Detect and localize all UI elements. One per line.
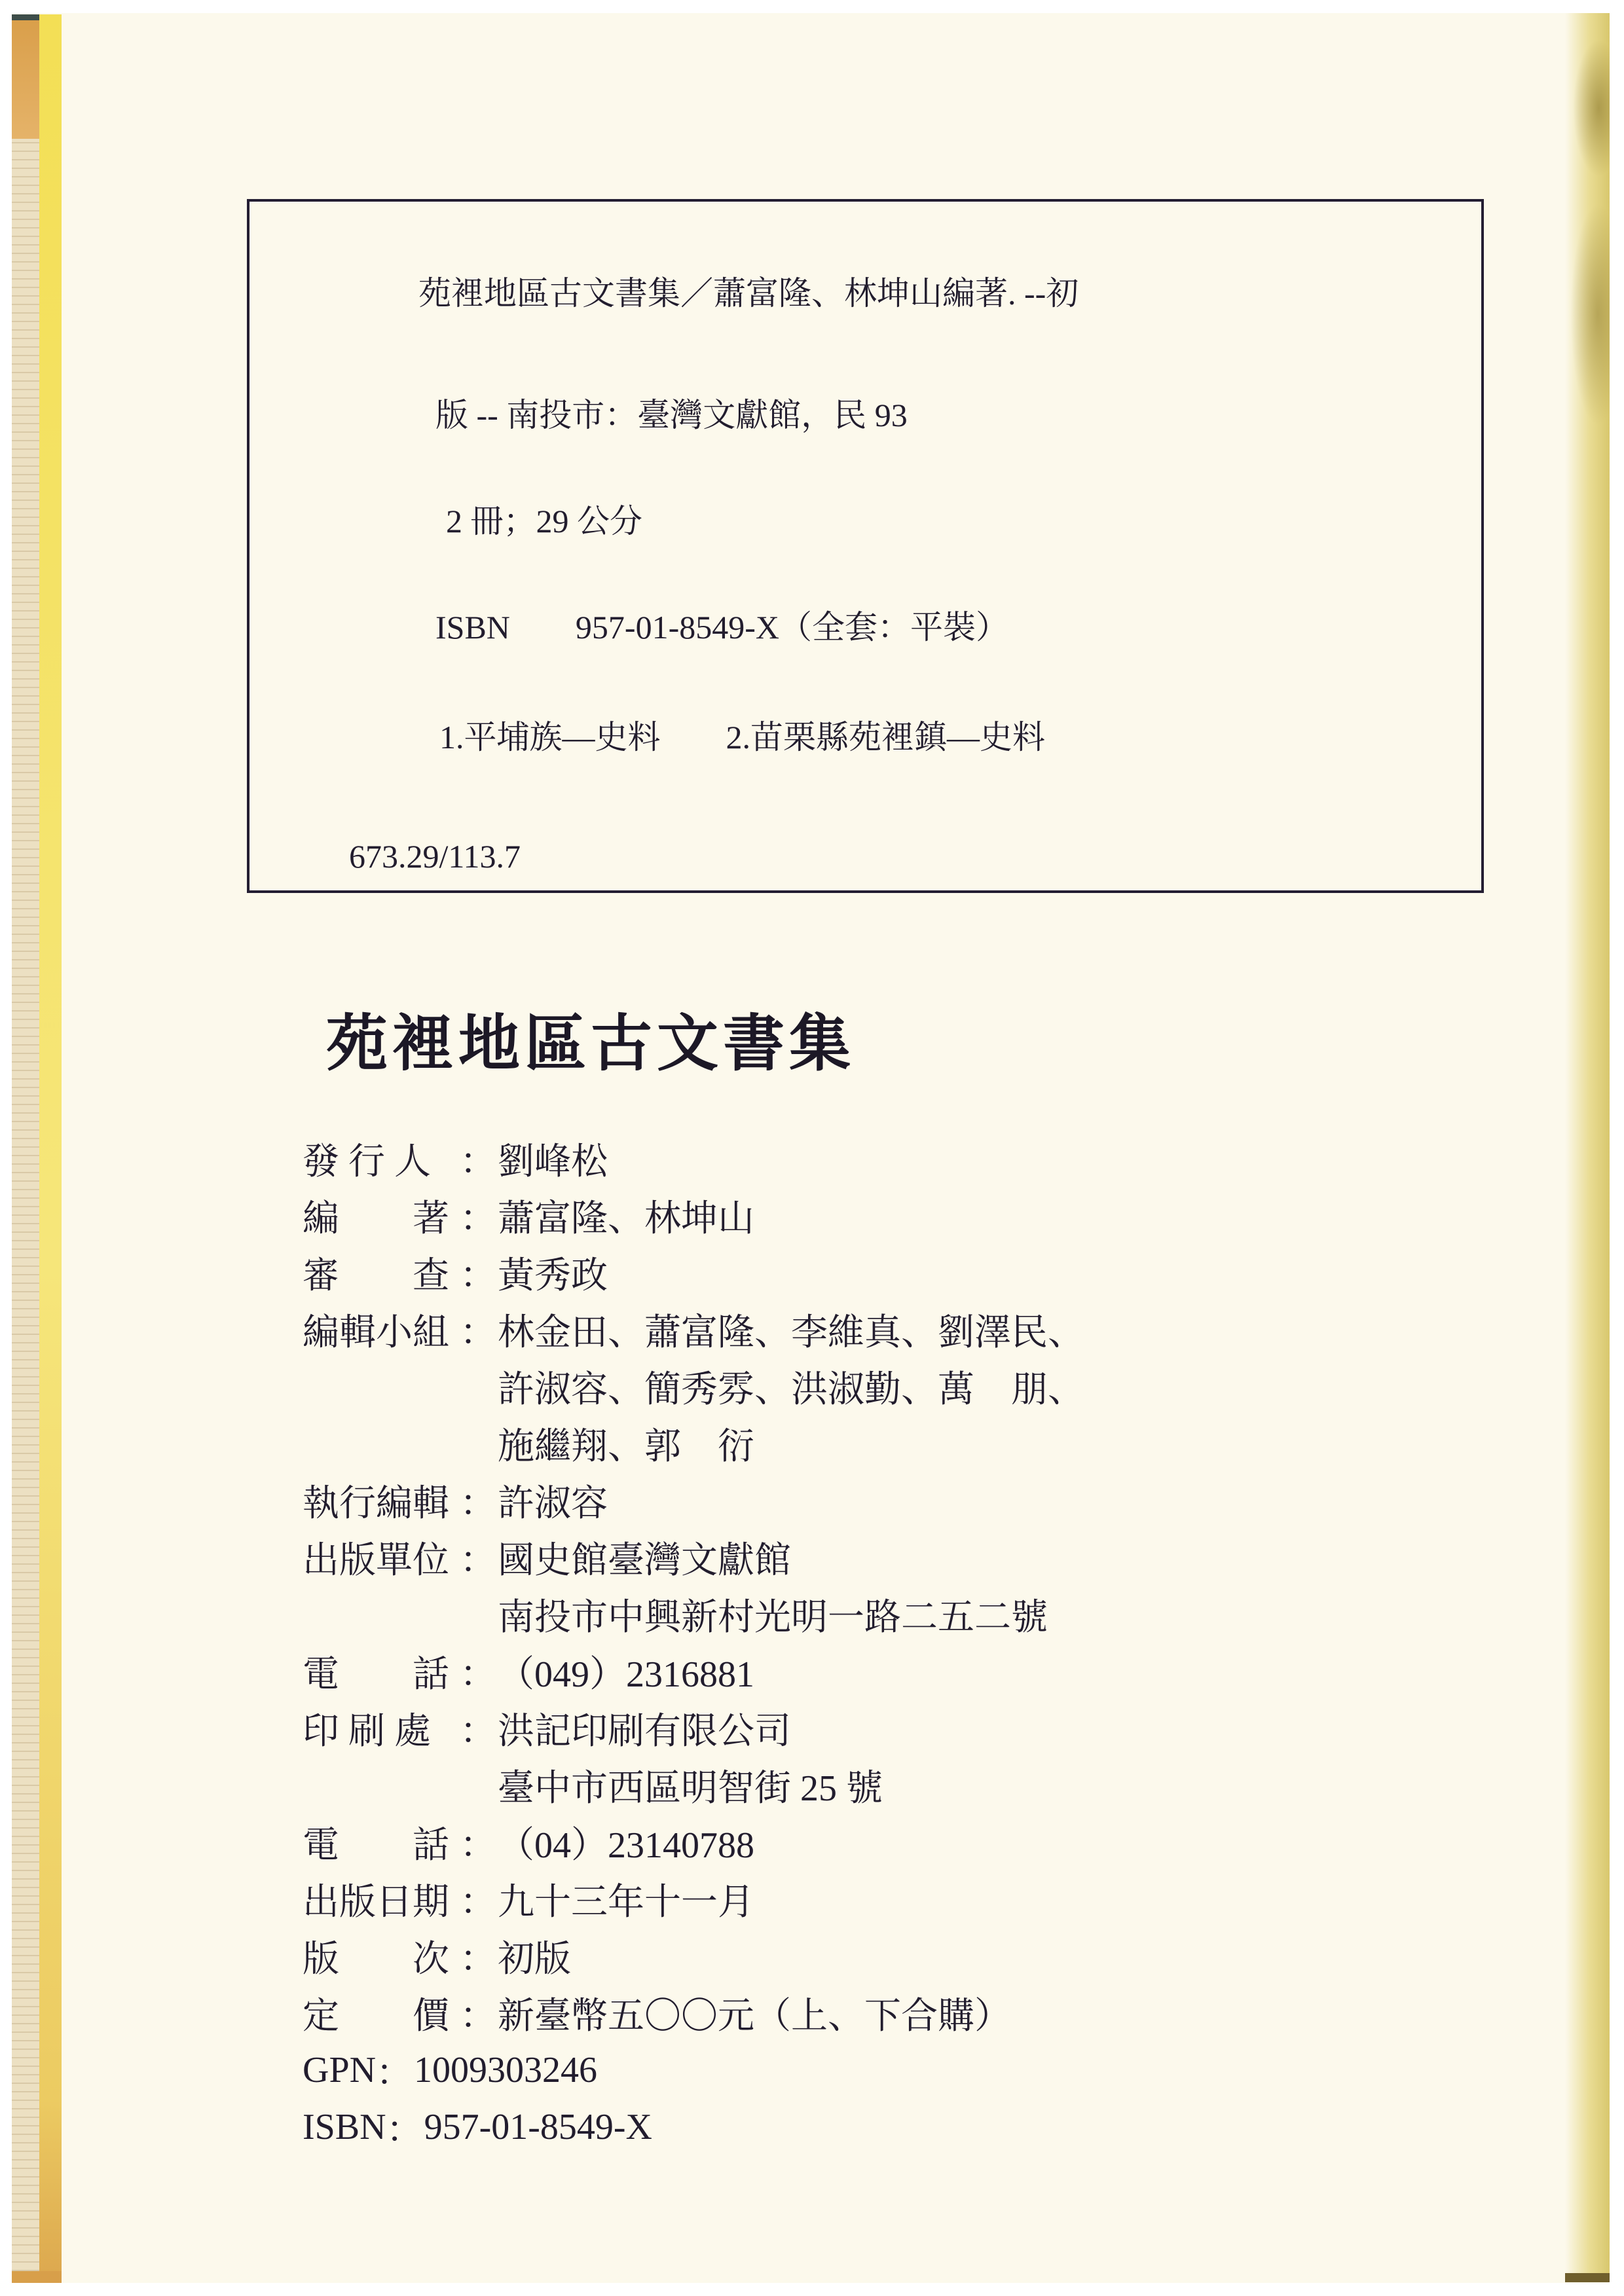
book-cover-edge-cap <box>12 14 39 20</box>
row-value: 臺中市西區明智街 25 號 <box>498 1759 883 1812</box>
book-title: 苑裡地區古文書集 <box>326 994 855 1082</box>
row-value: 國史館臺灣文獻館 <box>498 1531 791 1584</box>
row-value: 南投市中興新村光明一路二五二號 <box>498 1588 1048 1641</box>
row-value: 初版 <box>498 1930 571 1982</box>
colophon-row-publishing-unit: 出版單位：國史館臺灣文獻館 <box>303 1529 1084 1586</box>
colophon-row-editorial-team-cont: 許淑容、簡秀雰、洪淑勤、萬 朋、 <box>303 1358 1084 1415</box>
colophon-row-editorial-team-cont: 施繼翔、郭 衍 <box>303 1415 1084 1472</box>
gutter-shadow-blotch <box>1573 39 1610 177</box>
colophon-row-isbn: ISBN：957-01-8549-X <box>303 2098 1084 2155</box>
row-label: 版 次 <box>303 1930 460 1982</box>
colophon-row-authors: 編 著：蕭富隆、林坤山 <box>303 1187 1084 1244</box>
row-value: 施繼翔、郭 衍 <box>498 1417 754 1470</box>
colophon-row-publication-date: 出版日期：九十三年十一月 <box>303 1870 1084 1927</box>
row-label: 編輯小組 <box>303 1303 460 1356</box>
colophon-row-price: 定 價：新臺幣五〇〇元（上、下合購） <box>303 1984 1084 2041</box>
row-label: 電 話 <box>303 1645 460 1698</box>
row-label: 審 查 <box>303 1247 460 1299</box>
colophon-row-publisher-phone: 電 話：（049）2316881 <box>303 1643 1084 1700</box>
cip-classification-number: 673.29/113.7 <box>349 838 521 876</box>
cip-subject-headings: 1.平埔族—史料 2.苗栗縣苑裡鎮—史料 <box>439 719 1045 757</box>
row-label: 編 著 <box>303 1190 460 1242</box>
row-label: 出版日期 <box>303 1873 460 1925</box>
row-value: （049）2316881 <box>498 1645 754 1698</box>
row-value: 洪記印刷有限公司 <box>498 1702 791 1755</box>
row-separator: ： <box>376 2044 414 2096</box>
book-fore-edge-top-shade <box>12 14 39 139</box>
gutter-bottom-edge <box>1565 2273 1610 2282</box>
row-value: 957-01-8549-X <box>424 2106 652 2148</box>
row-value: 劉峰松 <box>498 1133 608 1185</box>
colophon-row-publisher-person: 發 行 人：劉峰松 <box>303 1130 1084 1187</box>
row-separator: ： <box>460 1702 498 1755</box>
cip-title-statement: 苑裡地區古文書集／蕭富隆、林坤山編著. --初 <box>418 275 1079 313</box>
colophon-row-edition: 版 次：初版 <box>303 1927 1084 1984</box>
colophon-row-printer: 印 刷 處：洪記印刷有限公司 <box>303 1700 1084 1757</box>
row-separator: ： <box>460 1930 498 1982</box>
row-value: 1009303246 <box>414 2049 597 2091</box>
colophon-list: 發 行 人：劉峰松 編 著：蕭富隆、林坤山 審 查：黃秀政 編輯小組：林金田、蕭… <box>303 1130 1084 2155</box>
row-separator: ： <box>460 1873 498 1925</box>
cip-imprint: 版 -- 南投市：臺灣文獻館，民 93 <box>435 397 908 435</box>
colophon-row-publisher-address: 南投市中興新村光明一路二五二號 <box>303 1586 1084 1643</box>
row-label: 印 刷 處 <box>303 1702 460 1755</box>
row-value: 黃秀政 <box>498 1247 608 1299</box>
book-fore-edge-pages <box>12 14 39 2282</box>
row-separator: ： <box>460 1133 498 1185</box>
colophon-row-editorial-team: 編輯小組：林金田、蕭富隆、李維真、劉澤民、 <box>303 1301 1084 1358</box>
row-value: 九十三年十一月 <box>498 1873 754 1925</box>
row-separator: ： <box>460 1816 498 1868</box>
row-value: 許淑容、簡秀雰、洪淑勤、萬 朋、 <box>498 1360 1084 1413</box>
colophon-row-executive-editor: 執行編輯：許淑容 <box>303 1472 1084 1529</box>
row-label: GPN <box>303 2049 376 2091</box>
row-label: 執行編輯 <box>303 1474 460 1527</box>
row-separator: ： <box>460 1190 498 1242</box>
row-value: 蕭富隆、林坤山 <box>498 1190 754 1242</box>
colophon-row-reviewer: 審 查：黃秀政 <box>303 1244 1084 1301</box>
scanned-colophon-page: { "page": { "colors": { "paper": "#fcf9e… <box>0 0 1624 2296</box>
row-label: 定 價 <box>303 1987 460 2039</box>
colophon-row-printer-address: 臺中市西區明智街 25 號 <box>303 1757 1084 1813</box>
row-separator: ： <box>460 1987 498 2039</box>
row-value: 許淑容 <box>498 1474 608 1527</box>
colophon-row-printer-phone: 電 話：（04）23140788 <box>303 1813 1084 1870</box>
row-separator: ： <box>460 1303 498 1356</box>
row-label: 電 話 <box>303 1816 460 1868</box>
row-label: 發 行 人 <box>303 1133 460 1185</box>
row-value: 新臺幣五〇〇元（上、下合購） <box>498 1987 1011 2039</box>
colophon-row-gpn: GPN：1009303246 <box>303 2041 1084 2098</box>
book-endpaper-edge <box>39 14 62 2282</box>
cip-physical-description: 2 冊；29 公分 <box>446 503 642 541</box>
row-separator: ： <box>460 1645 498 1698</box>
row-separator: ： <box>386 2101 424 2153</box>
row-label: 出版單位 <box>303 1531 460 1584</box>
row-separator: ： <box>460 1474 498 1527</box>
row-label: ISBN <box>303 2106 386 2148</box>
row-value: （04）23140788 <box>498 1816 754 1868</box>
cip-isbn: ISBN 957-01-8549-X（全套：平裝） <box>435 609 1008 647</box>
book-fore-edge-bottom-shade <box>12 2271 62 2283</box>
row-separator: ： <box>460 1247 498 1299</box>
row-value: 林金田、蕭富隆、李維真、劉澤民、 <box>498 1303 1084 1356</box>
gutter-shadow-blotch <box>1570 203 1610 426</box>
row-separator: ： <box>460 1531 498 1584</box>
cip-box: 苑裡地區古文書集／蕭富隆、林坤山編著. --初 版 -- 南投市：臺灣文獻館，民… <box>247 199 1484 893</box>
